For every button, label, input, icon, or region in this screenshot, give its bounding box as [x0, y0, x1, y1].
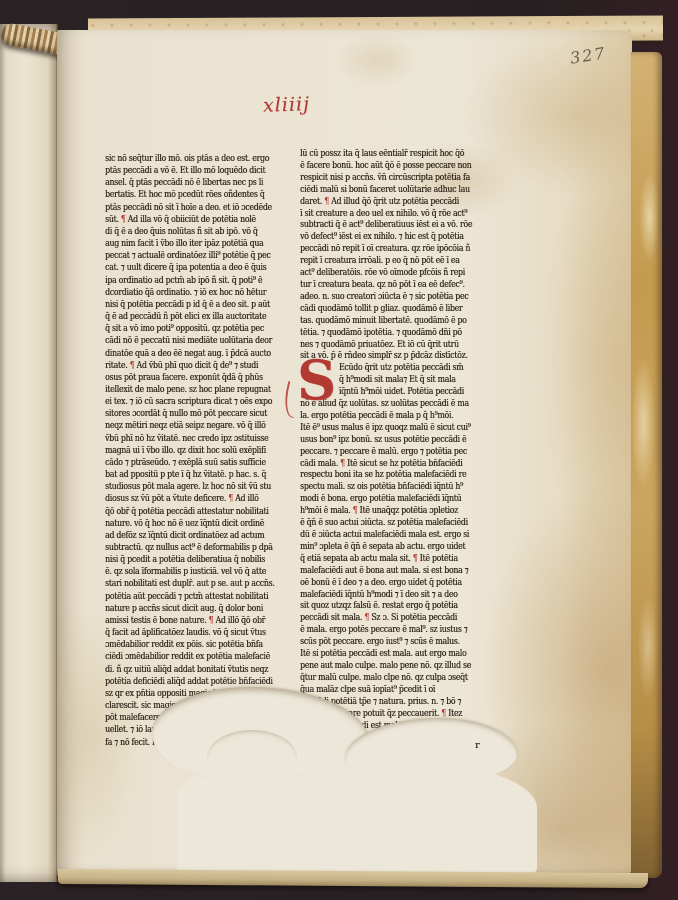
text-line: respectu boni ita se hz potētia malefaci… [300, 469, 491, 481]
text-line: peccādi sit mala. ¶ Sz ɔ. Si potētia pec… [300, 612, 491, 624]
pilcrow-icon: ¶ [340, 458, 345, 469]
text-line: ē facere bonū. hoc aūt q̄ō ē posse pecca… [300, 160, 491, 172]
text-line: ptās peccādi a vō ē. Et illo mō loquēdo … [105, 165, 296, 177]
damage-patch [207, 730, 297, 785]
text-line: cādi mala. ¶ Itē sicut se hz potētia bn̄… [300, 458, 491, 470]
text-line: dinatōe quā a deo ēē negat aug. ī p̄dcā … [105, 348, 296, 360]
text-line: malefaciēdi aut ē bona aut mala. si est … [300, 565, 491, 577]
chapter-heading: xliiij [263, 93, 311, 117]
facing-page-edge [0, 24, 58, 882]
text-line: Itē ē⁹ usus malus ē ipz quoqz malū ē sic… [300, 422, 491, 434]
text-line: q̄ facit ad āplificatōez laudis. vō q̄ s… [105, 627, 296, 639]
book-page: 327 xliiij sic nō seq̄tur illo mō. ois p… [57, 30, 632, 876]
text-line: cādi nō ē peccatū nisi mediāte uolūtaria… [105, 335, 296, 347]
text-line: tētia. ⁊ quodāmō ipotētia. ⁊ quodāmō dn̄… [300, 327, 491, 339]
text-line: sitores ɔcordāt q̄ nullo mō pōt peccare … [105, 408, 296, 420]
text-line: studiosus pōt mala agere. lz hoc nō sit … [105, 481, 296, 493]
text-line: cādo ⁊ ptrāseūdo. ⁊ exēplā suū satis suf… [105, 457, 296, 469]
text-line: diosus sz v̄ū pōt a v̄tute deficere. ¶ A… [105, 493, 296, 505]
text-line: stari nobilitati est duplr̄. aut p se. a… [105, 578, 296, 590]
text-line: ē mala. ergo potēs peccare ē mal⁹. sz iu… [300, 624, 491, 636]
text-line: ei tex. ⁊ iō cū sacra scriptura dicat ⁊ … [105, 396, 296, 408]
text-line: bertatis. Et hoc mō pcedūt rōes oñdentes… [105, 189, 296, 201]
text-line: neqz mētiri neqz etiā seipz negare. vō q… [105, 420, 296, 432]
text-line: q̄ ē ad peccādū ñ pōt elici ex illa auct… [105, 311, 296, 323]
text-line: act⁹ deliberatōis. rōe vō oīmode pfcōis … [300, 267, 491, 279]
page-bottom-edge [58, 869, 648, 888]
text-line: ansel. q̄ ptās peccādi nō ē libertas nec… [105, 177, 296, 189]
text-line: cādi quodāmō tollit p gl̄iaz. quodāmō ē … [300, 303, 491, 315]
text-line: vō defect⁹ iēst ei ex nihilo. ⁊ hic est … [300, 231, 491, 243]
text-line: bat ad ppositū p pte ī q̄ hz v̄itatē. p … [105, 469, 296, 481]
book-photo: 327 xliiij sic nō seq̄tur illo mō. ois p… [0, 0, 678, 900]
pilcrow-icon: ¶ [413, 553, 418, 564]
text-line: ē q̄n̄ ē suo actui ɔiūcta. sz potētia ma… [300, 517, 491, 529]
text-line: oē bonū ē ī deo ⁊ a deo. ergo uidet q̄ p… [300, 577, 491, 589]
fore-edge [631, 52, 662, 878]
text-line: peccat ⁊ actualē ordinatōez illi⁹ potēti… [105, 250, 296, 262]
text-line: q̄tur malū culpe. malo cl̄pe nō. qz culp… [300, 672, 491, 684]
text-line: sic nō seq̄tur illo mō. ois ptās a deo e… [105, 153, 296, 165]
text-line: h⁹mōi ē mala. ¶ Itē unaq̄qz potētia ɔple… [300, 505, 491, 517]
text-line: ɔmēdabilior reddit ex pōis. sic potētia … [105, 639, 296, 651]
text-line: min⁹ ɔpleta ē q̄n̄ ē sepata ab actu. erg… [300, 541, 491, 553]
text-line: respicit nisi p accn̄s. v̄n̄ circūscript… [300, 172, 491, 184]
text-line: amissi testis ē bone nature. ¶ Ad illō q… [105, 615, 296, 627]
text-line: osus pōt praua facere. exponūt q̄dā q̄ p… [105, 372, 296, 384]
text-line: ciēdi ɔmēdabilior reddit ex potētia male… [105, 651, 296, 663]
text-line: di. ñ qz uitiū aliq̄d addat bonitati v̄t… [105, 664, 296, 676]
text-line: subtracti q̄ ē act⁹ deliberatiuus iēst e… [300, 219, 491, 231]
text-line: adeo. n. suo creatori ɔiūcta ē ⁊ sic pot… [300, 291, 491, 303]
pilcrow-icon: ¶ [324, 196, 329, 207]
text-line: potētia aūt peccādi ⁊ pctm̄ attestat nob… [105, 591, 296, 603]
text-line: scūs pōt peccare. ergo iust⁹ ⁊ scūs ē ma… [300, 636, 491, 648]
pilcrow-icon: ¶ [228, 493, 233, 504]
pilcrow-icon: ¶ [364, 612, 369, 623]
folio-number: 327 [569, 43, 608, 67]
text-line: spectu mali. sz ois potētia bn̄faciēdi ī… [300, 481, 491, 493]
signature-mark: r [475, 740, 480, 751]
text-column-left: sic nō seq̄tur illo mō. ois ptās a deo e… [105, 153, 296, 749]
text-line: potētia deficiēdi aliq̄d addat potētie b… [105, 676, 296, 688]
text-line: dū ē ɔiūcta actui malefaciēdi mala est. … [300, 529, 491, 541]
text-line: q̄ sit a vō imo poti⁹ oppositū. qz potēt… [105, 323, 296, 335]
text-line: sūt. ¶ Ad illa vō q̄ obiiciūt de potētia… [105, 214, 296, 226]
text-line: sit quoz utzqz falsū ē. restat ergo q̄ p… [300, 600, 491, 612]
pilcrow-icon: ¶ [353, 505, 358, 516]
text-line: malefaciēdi īq̄ntū h⁹modi ⁊ ī deo sit ⁊ … [300, 589, 491, 601]
text-line: pene aut malo culpe. malo pene nō. qz il… [300, 660, 491, 672]
text-line: ciēdi malū si bonū faceret uolūtarie adh… [300, 184, 491, 196]
text-line: q̄ō obr̄ q̄ potētia peccādi attestatur n… [105, 506, 296, 518]
text-line: modi ē bona. ergo potētia malefaciēdi īq… [300, 493, 491, 505]
text-line: ptās peccādi nō sit ī hoīe a deo. et iō … [105, 202, 296, 214]
text-line: magnā ui ī v̄bo illo. qz dixit hoc solū … [105, 445, 296, 457]
text-line: repit ī creatura irrōali. p eo q̄ nō pōt… [300, 255, 491, 267]
text-line: nature p accn̄s sicut dicit aug. q̄ dolo… [105, 603, 296, 615]
text-line: subtractū. qz nullus act⁹ ē deformabilis… [105, 542, 296, 554]
text-line: ē. qz sola īformabilis p iusticiā. vel v… [105, 566, 296, 578]
text-line: ad defōz sz īq̄ntū dicit ordinatōez ad a… [105, 530, 296, 542]
pilcrow-icon: ¶ [121, 214, 126, 225]
text-line: tas. quodāmō minuit libertatē. quodāmō ē… [300, 315, 491, 327]
text-line: v̄bū phī nō hz v̄itatē. nec credo ipz ɔs… [105, 433, 296, 445]
text-line: dcordiatio q̄ā ordinatio. ⁊ iō ex hoc nō… [105, 287, 296, 299]
text-line: nature. vō q̄ hoc nō ē uez īq̄ntū dicit … [105, 518, 296, 530]
text-line: aug nim facit ī v̄bo illo iter ipāz potē… [105, 238, 296, 250]
text-line: usus bon⁹ ipz bonū. sz usus potētie pecc… [300, 434, 491, 446]
pilcrow-icon: ¶ [130, 360, 135, 371]
text-line: Itē si potētia peccādi est mala. aut erg… [300, 648, 491, 660]
text-line: di q̄ ē a deo q̄uis nolūtas ñ sit ab ipō… [105, 226, 296, 238]
text-line: nisi q̄ potētia peccādi p id q̄ ē a deo … [105, 299, 296, 311]
text-line: ritate. ¶ Ad v̄bū phī quo dicit q̄ de⁹ ⁊… [105, 360, 296, 372]
text-line: cat. ⁊ uult dicere q̄ ipa potentia a deo… [105, 262, 296, 274]
text-line: peccare. ⁊ peccare ē malū. ergo ⁊ potēti… [300, 446, 491, 458]
text-line: q̄ etiā sepata ab actu mala sit. ¶ Itē p… [300, 553, 491, 565]
text-column-right: lū cū possz ita q̄ laus eēntialr̄ respic… [300, 148, 491, 743]
text-line: lū cū possz ita q̄ laus eēntialr̄ respic… [300, 148, 491, 160]
text-line: daret. ¶ Ad illud q̄ō q̄rit utz potētia … [300, 196, 491, 208]
text-line: nisi q̄ pcedit a potētia deliberatiua q̄… [105, 554, 296, 566]
text-line: q̄ua malāz cl̄pe suā īopīat⁹ p̄cedit ī o… [300, 684, 491, 696]
pilcrow-icon: ¶ [441, 708, 446, 719]
text-line: ī sit creature a deo uel ex nihilo. vō q… [300, 208, 491, 220]
pilcrow-icon: ¶ [209, 615, 214, 626]
text-line: tur ī creatura beata. qz nō pōt ī ea eē … [300, 279, 491, 291]
text-line: itellexit de malo pene. sz hoc plane rep… [105, 384, 296, 396]
lombard-initial: S [297, 358, 339, 404]
text-line: peccādi nō repit ī oī creatura. qz rōe i… [300, 243, 491, 255]
text-line: ipa ordinatio ad pctm̄ ab ipō ñ sit. q̄ … [105, 275, 296, 287]
